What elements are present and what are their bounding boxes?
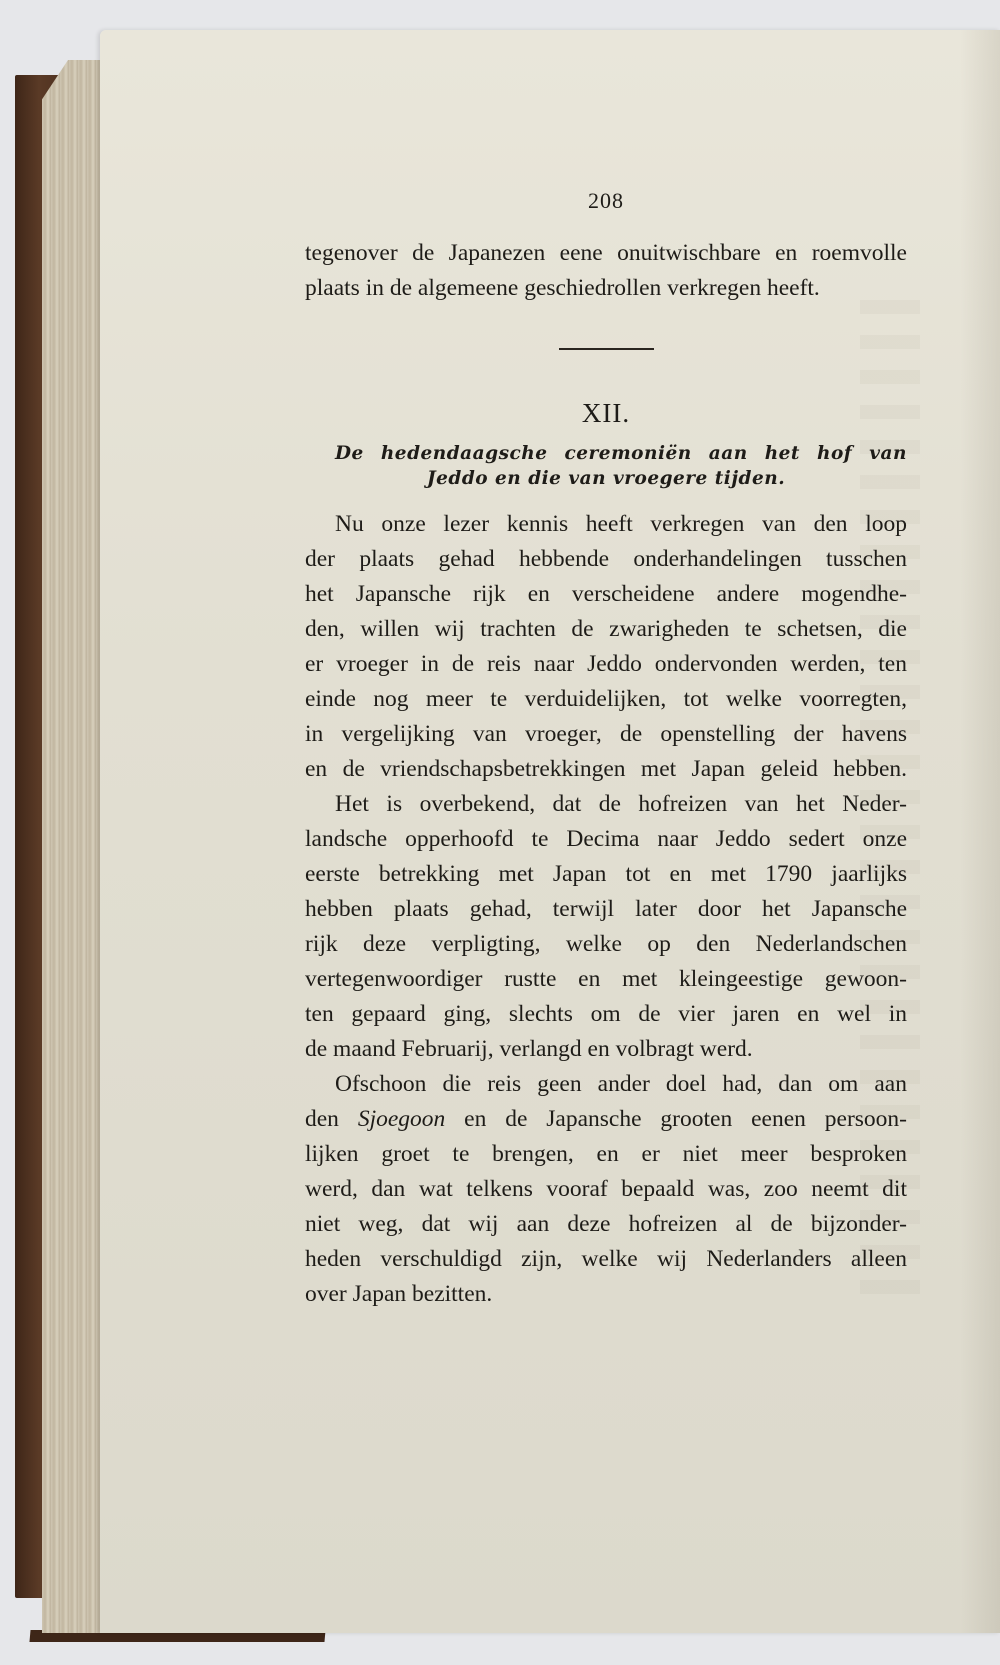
italic-term-sjoegoon: Sjoegoon xyxy=(358,1106,445,1132)
text-line: Ofschoon die reis geen ander doel had, d… xyxy=(305,1067,907,1102)
text-line: plaats in de algemeene geschiedrollen ve… xyxy=(305,271,907,306)
text-line: lijken groet te brengen, en er niet meer… xyxy=(305,1137,907,1172)
text-line: het Japansche rijk en verscheidene ander… xyxy=(305,577,907,612)
text-line: eerste betrekking met Japan tot en met 1… xyxy=(305,857,907,892)
text-line: over Japan bezitten. xyxy=(305,1277,907,1312)
text-line: ten gepaard ging, slechts om de vier jar… xyxy=(305,997,907,1032)
text-line: in vergelijking van vroeger, de openstel… xyxy=(305,717,907,752)
paragraph-2: Het is overbekend, dat de hofreizen van … xyxy=(305,787,907,1067)
text-line: den, willen wij trachten de zwarigheden … xyxy=(305,612,907,647)
paragraph-1: Nu onze lezer kennis heeft verkregen van… xyxy=(305,507,907,787)
page-text-block: 208 tegenover de Japanezen eene onuitwis… xyxy=(305,188,907,1312)
chapter-number: XII. xyxy=(305,398,907,429)
text-fragment: en de Japansche grooten eenen persoon- xyxy=(445,1106,907,1132)
text-line: heden verschuldigd zijn, welke wij Neder… xyxy=(305,1242,907,1277)
paragraph-3: Ofschoon die reis geen ander doel had, d… xyxy=(305,1067,907,1312)
text-line: rijk deze verpligting, welke op den Nede… xyxy=(305,927,907,962)
text-line: vertegenwoordiger rustte en met kleingee… xyxy=(305,962,907,997)
text-line: er vroeger in de reis naar Jeddo ondervo… xyxy=(305,647,907,682)
chapter-title: De hedendaagsche ceremoniën aan het hof … xyxy=(305,441,907,491)
text-line: Nu onze lezer kennis heeft verkregen van… xyxy=(305,507,907,542)
chapter-title-line-2: Jeddo en die van vroegere tijden. xyxy=(427,468,785,489)
text-line: tegenover de Japanezen eene onuitwischba… xyxy=(305,236,907,271)
text-fragment: den xyxy=(305,1106,358,1132)
page-edges xyxy=(42,60,107,1633)
text-line: werd, dan wat telkens vooraf bepaald was… xyxy=(305,1172,907,1207)
text-line: landsche opperhoofd te Decima naar Jeddo… xyxy=(305,822,907,857)
text-line: Het is overbekend, dat de hofreizen van … xyxy=(305,787,907,822)
text-line: einde nog meer te verduidelijken, tot we… xyxy=(305,682,907,717)
text-line: de maand Februarij, verlangd en volbragt… xyxy=(305,1032,907,1067)
text-line: niet weg, dat wij aan deze hofreizen al … xyxy=(305,1207,907,1242)
text-line: der plaats gehad hebbende onderhandeling… xyxy=(305,542,907,577)
page-number: 208 xyxy=(305,188,907,214)
section-divider xyxy=(559,348,654,350)
text-line: den Sjoegoon en de Japansche grooten een… xyxy=(305,1102,907,1137)
text-line: hebben plaats gehad, terwijl later door … xyxy=(305,892,907,927)
text-line: en de vriendschapsbetrekkingen met Japan… xyxy=(305,752,907,787)
chapter-title-line-1: De hedendaagsche ceremoniën aan het hof … xyxy=(305,441,907,466)
